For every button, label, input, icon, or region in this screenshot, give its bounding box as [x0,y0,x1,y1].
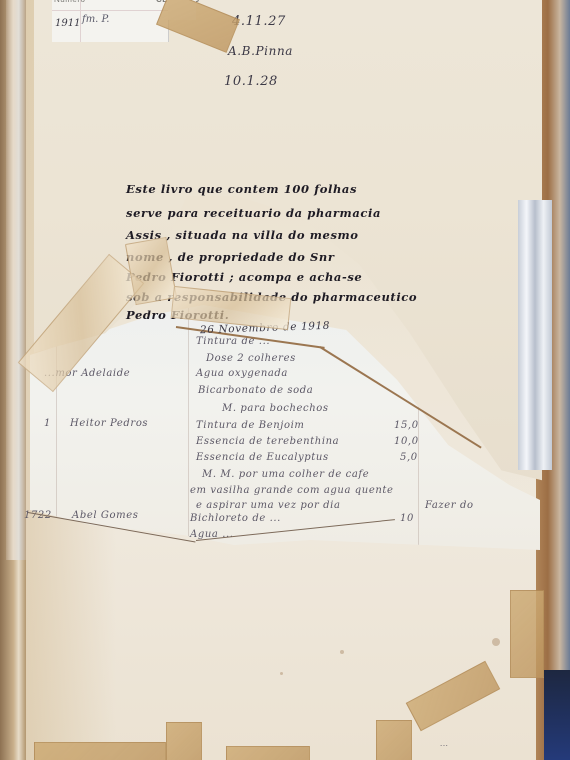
tape-piece [376,720,412,760]
register-client: Abel Gomes [72,510,138,521]
register-client: Heitor Pedros [70,418,148,429]
binding-tape [6,0,28,560]
register-number: 1 [44,418,51,429]
stain [492,638,500,646]
register-line: em vasilha grande com agua quente [190,485,394,496]
register-line: M. para bochechos [222,403,329,414]
register-quantity: 10,0 [394,436,419,447]
tape-piece [166,722,202,760]
bottom-note: ... [440,740,448,748]
tape-piece [34,742,166,760]
tape-piece [510,590,544,678]
register-quantity: 10 [400,513,414,524]
register-line: Bichloreto de ... [190,513,281,524]
register-line: Essencia de Eucalyptus [196,452,329,463]
annotation-date-2: 10.1.28 [224,74,278,89]
register-line: Agua oxygenada [196,368,288,379]
background-surface [544,670,570,760]
register-line: Essencia de terebenthina [196,436,339,447]
document-photo: Tintura de ... Dose 2 colheres ...mor Ad… [0,0,570,760]
note-line: serve para receituario da pharmacia [126,206,381,220]
header-numero: Numero [54,0,85,4]
tape-piece-silver [518,200,552,470]
column-rule [188,300,189,550]
stain [340,650,344,654]
register-quantity: 15,0 [394,420,419,431]
register-quantity: 5,0 [400,452,418,463]
register-line: Tintura de Benjoim [196,420,305,431]
register-line: Bicarbonato de soda [198,385,313,396]
note-line: Este livro que contem 100 folhas [126,182,357,196]
record-number: 1911 [55,18,80,29]
annotation-date-1: 4.11.27 [232,14,286,29]
tape-piece [226,746,310,760]
stain [280,672,283,675]
register-line: e aspirar uma vez por dia [196,500,341,511]
card-rule [52,10,168,11]
client-label-card: Numero CLIENTES 1911 fm. P. [52,0,169,42]
signature: fm. P. [82,14,109,25]
register-note: Fazer do [425,500,474,511]
register-line: M. M. por uma colher de cafe [202,469,369,480]
register-line: Dose 2 colheres [206,353,296,364]
annotation-signature: A.B.Pinna [228,44,293,58]
